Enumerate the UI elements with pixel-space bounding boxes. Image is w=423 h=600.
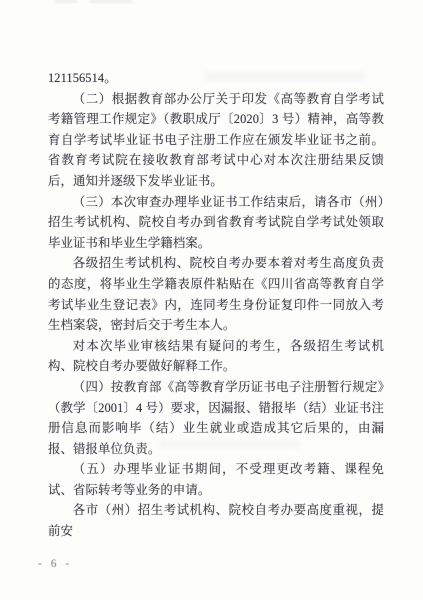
- paragraph-item-2: （二）根据教育部办公厅关于印发《高等教育自学考试考籍管理工作规定》（教职成厅〔2…: [48, 89, 384, 192]
- paragraph-archive-instructions: 各级招生考试机构、院校自考办要本着对考生高度负责的态度，将毕业生学籍表原件粘贴在…: [48, 253, 384, 335]
- paragraph-item-3: （三）本次审查办理毕业证书工作结束后，请各市（州）招生考试机构、院校自考办到省教…: [48, 192, 384, 254]
- paragraph-continuation: 121156514。: [48, 68, 384, 89]
- paragraph-item-5: （五）办理毕业证书期间，不受理更改考籍、课程免试、省际转考等业务的申请。: [48, 459, 384, 500]
- scan-artifact: [55, 0, 77, 3]
- paragraph-review-explanation: 对本次毕业审核结果有疑问的考生，各级招生考试机构、院校自考办要做好解释工作。: [48, 336, 384, 377]
- paragraph-closing: 各市（州）招生考试机构、院校自考办要高度重视，提前安: [48, 500, 384, 541]
- document-body: 121156514。 （二）根据教育部办公厅关于印发《高等教育自学考试考籍管理工…: [48, 68, 384, 542]
- paragraph-item-4: （四）按教育部《高等教育学历证书电子注册暂行规定》（教学〔2001〕4 号）要求…: [48, 377, 384, 459]
- scanned-document-page: 121156514。 （二）根据教育部办公厅关于印发《高等教育自学考试考籍管理工…: [0, 0, 423, 600]
- scan-artifact: [90, 0, 132, 3]
- page-number: - 6 -: [38, 558, 72, 570]
